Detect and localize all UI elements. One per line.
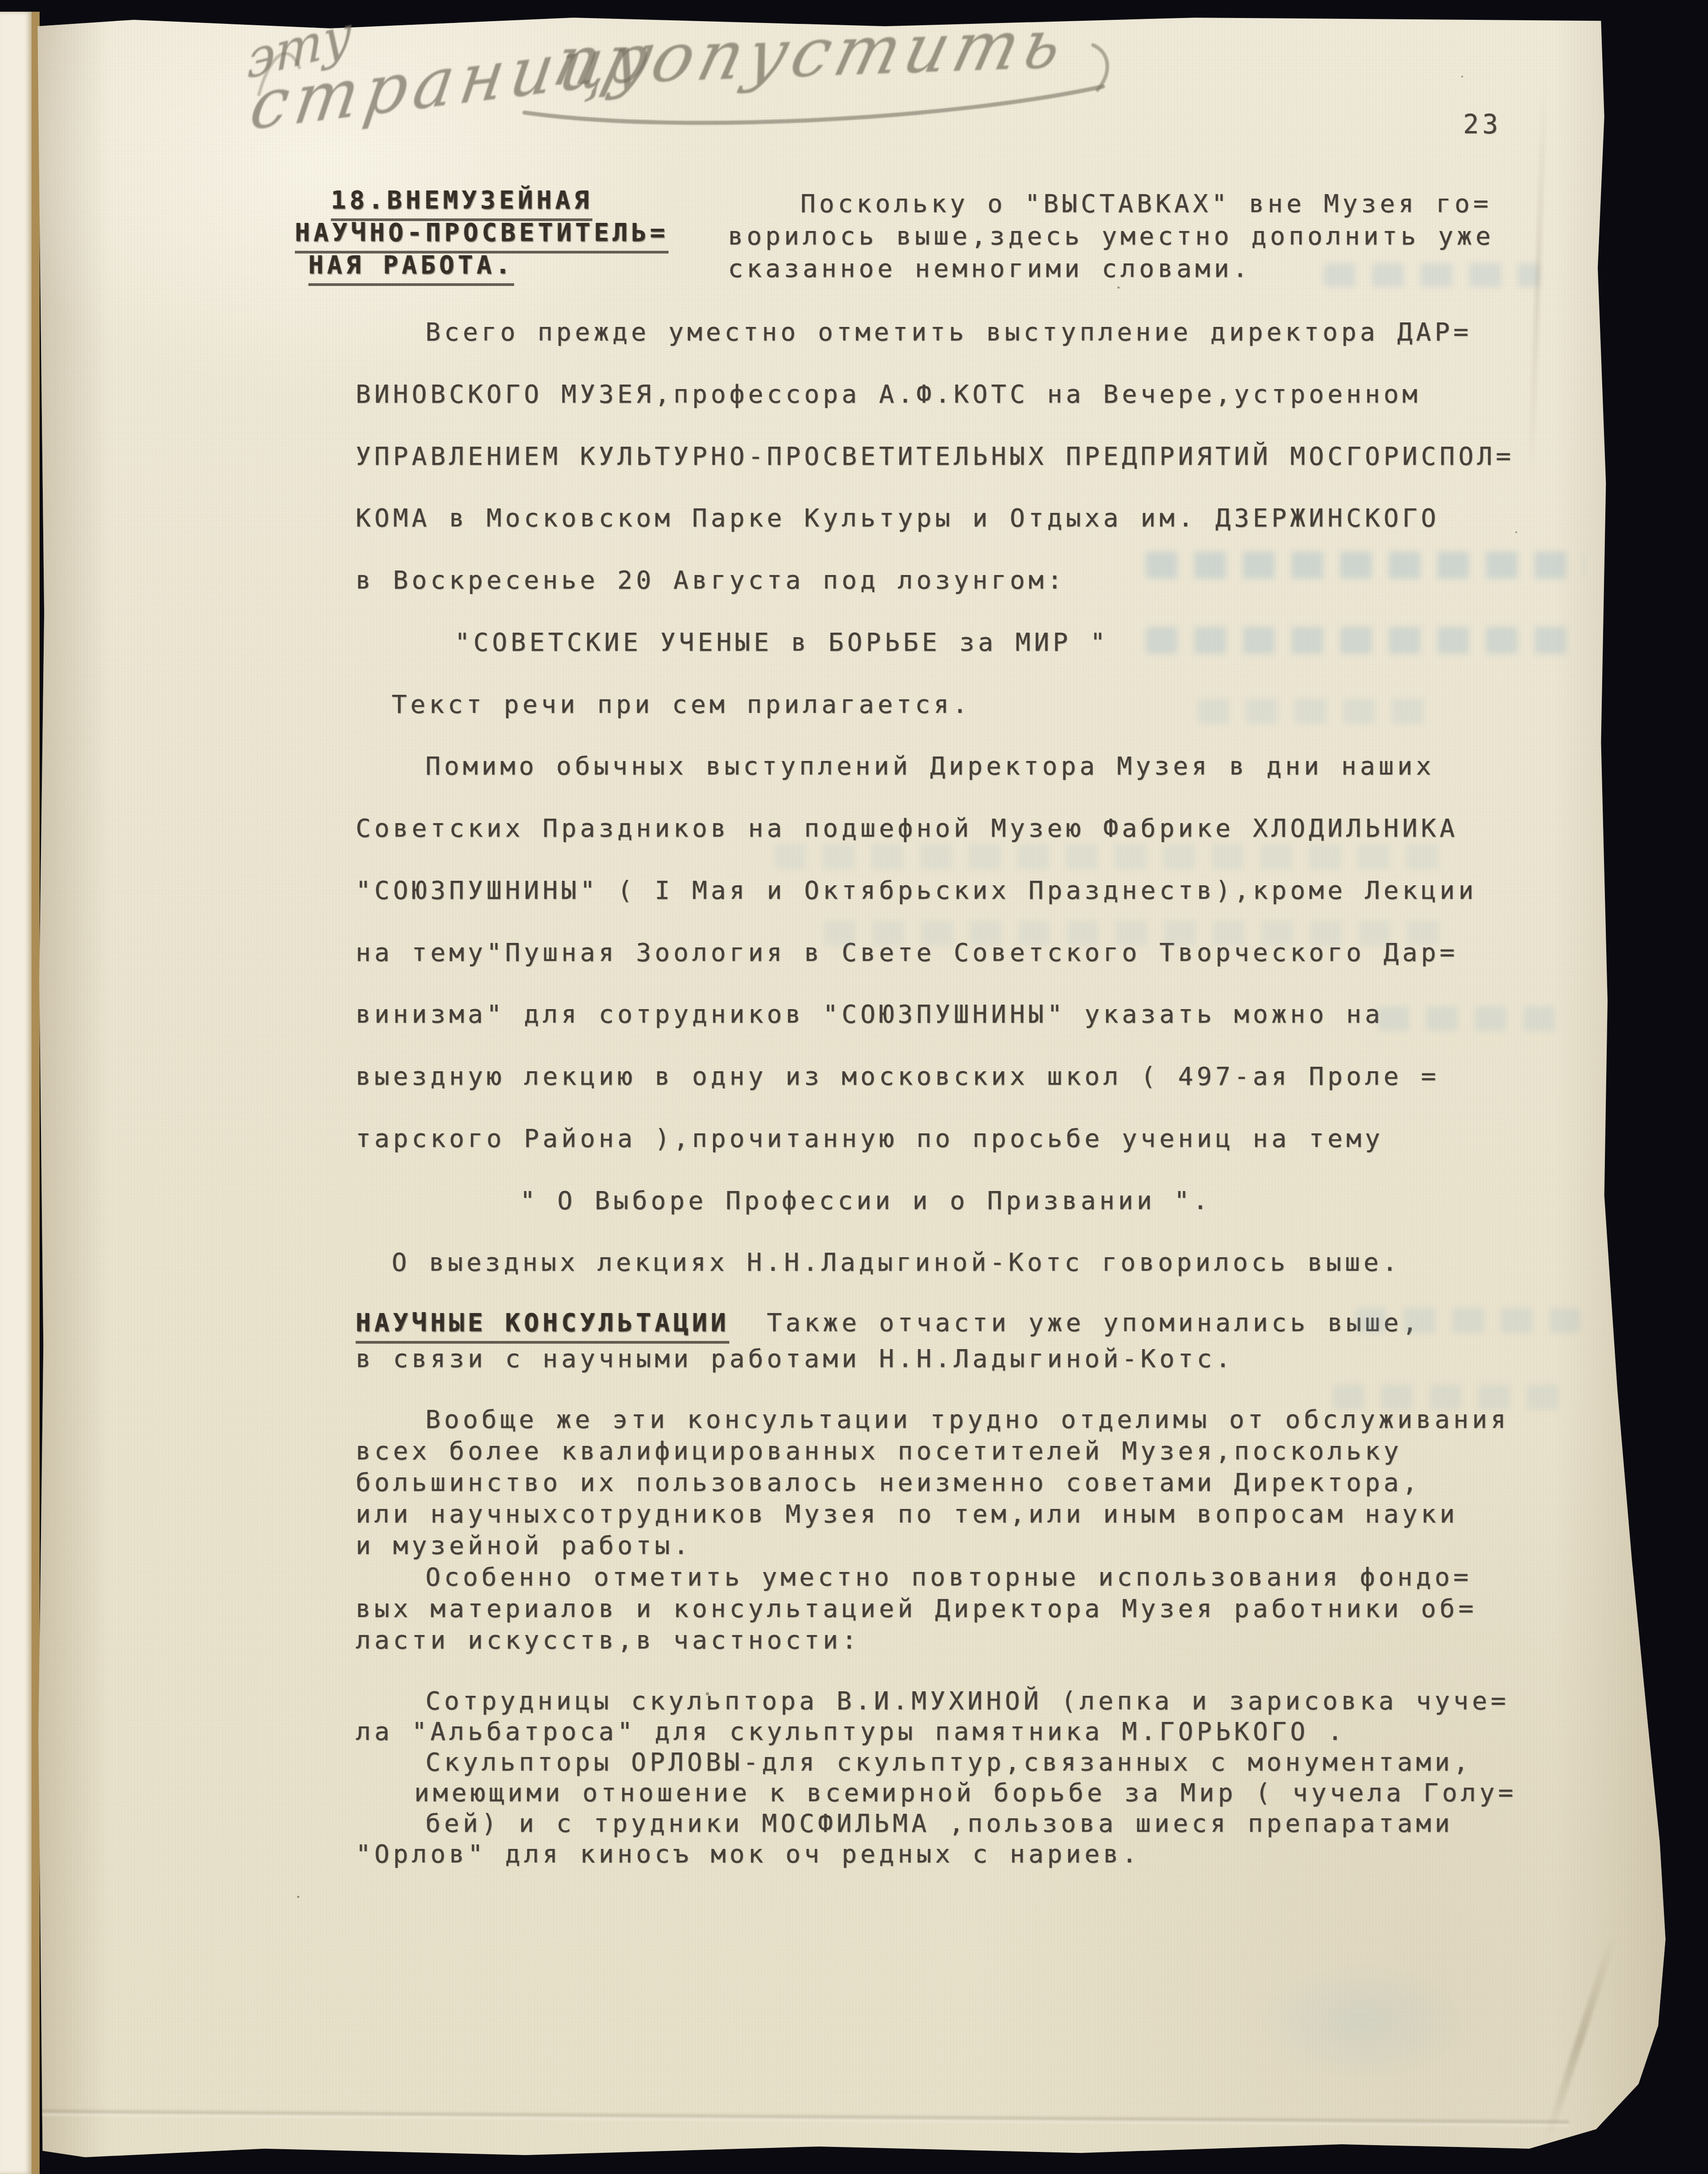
para3-line-5: бей) и с трудники МОСФИЛЬМА ,пользова ши…: [425, 1809, 1453, 1838]
ink-speck: [706, 1692, 709, 1695]
body-line-10: "СОЮЗПУШНИНЫ" ( I Мая и Октябрьских Праз…: [356, 876, 1477, 905]
para3-line-2: ла "Альбатроса" для скульптуры памятника…: [356, 1717, 1346, 1746]
ink-speck: [1117, 286, 1120, 289]
para2-line-3: большинство их пользовалось неизменно со…: [356, 1468, 1421, 1497]
body-line-13: выездную лекцию в одну из московских шко…: [356, 1062, 1440, 1091]
bleedthrough-mark: [824, 921, 1454, 946]
scan-background: { "page": { "number": "23", "annotation"…: [0, 0, 1708, 2174]
bleedthrough-stain: [1256, 1963, 1468, 2080]
heading-line-3: НАЯ РАБОТА.: [308, 250, 514, 286]
consult-line-2: в связи с научными работами Н.Н.Ладыгино…: [356, 1344, 1234, 1373]
body-line-4: КОМА в Московском Парке Культуры и Отдых…: [356, 503, 1440, 533]
bleedthrough-mark: [1378, 1006, 1567, 1031]
para2-line-7: вых материалов и консультацией Директора…: [356, 1594, 1477, 1623]
heading-line-1: 18.ВНЕМУЗЕЙНАЯ: [331, 186, 592, 221]
body-line-15: " О Выборе Профессии и о Призвании ".: [520, 1186, 1211, 1215]
diagonal-crease: [1542, 1936, 1617, 2144]
bleedthrough-mark: [1146, 552, 1585, 579]
consult-heading: НАУЧНЫЕ КОНСУЛЬТАЦИИ: [356, 1308, 729, 1344]
para2-line-2: всех более квалифицированных посетителей…: [356, 1436, 1402, 1466]
bleedthrough-mark: [1197, 699, 1441, 724]
para2-line-4: или научныхсотрудников Музея по тем,или …: [356, 1499, 1458, 1529]
para2-line-8: ласти искусств,в частности:: [356, 1626, 860, 1655]
body-line-12: винизма" для сотрудников "СОЮЗПУШНИНЫ" у…: [356, 1000, 1383, 1029]
body-line-8: Помимо обычных выступлений Директора Муз…: [425, 752, 1435, 781]
para2-line-5: и музейной работы.: [356, 1531, 692, 1560]
intro-line-2: ворилось выше,здесь уместно дополнить уж…: [728, 222, 1494, 251]
body-line-7: Текст речи при сем прилагается.: [392, 690, 971, 719]
ink-speck: [1515, 531, 1517, 533]
body-line-9: Советских Праздников на подшефной Музею …: [356, 814, 1458, 843]
body-line-1: Всего прежде уместно отметить выступлени…: [425, 317, 1472, 347]
bleedthrough-mark: [1324, 263, 1540, 287]
bleedthrough-mark: [1146, 627, 1573, 654]
intro-line-3: сказанное немногими словами.: [728, 254, 1251, 283]
body-line-5: в Воскресенье 20 Августа под лозунгом:: [356, 566, 1066, 595]
para3-line-1: Сотрудницы скульптора В.И.МУХИНОЙ (лепка…: [425, 1686, 1509, 1716]
bleedthrough-mark: [1355, 1308, 1580, 1333]
consult-heading-rest: Также отчасти уже упоминались выше,: [729, 1308, 1421, 1337]
intro-line-1: Поскольку о "ВЫСТАВКАХ" вне Музея го=: [800, 189, 1492, 218]
bleedthrough-mark: [1333, 1385, 1567, 1409]
crease-line: [38, 2109, 1569, 2127]
body-line-16: О выездных лекциях Н.Н.Ладыгиной-Котс го…: [392, 1248, 1401, 1277]
underlying-page-edge: [0, 12, 40, 2174]
consult-heading-line: НАУЧНЫЕ КОНСУЛЬТАЦИИ Также отчасти уже у…: [356, 1308, 1421, 1337]
para3-line-6: "Орлов" для киносъ мок оч редных с нарие…: [356, 1839, 1141, 1869]
body-line-3: УПРАВЛЕНИЕМ КУЛЬТУРНО-ПРОСВЕТИТЕЛЬНЫХ ПР…: [356, 442, 1514, 471]
para3-line-4: имеющими отношение к всемирной борьбе за…: [414, 1778, 1517, 1807]
para2-line-6: Особенно отметить уместно повторные испо…: [425, 1563, 1472, 1592]
heading-line-2: НАУЧНО-ПРОСВЕТИТЕЛЬ=: [295, 218, 669, 254]
body-line-2: ВИНОВСКОГО МУЗЕЯ,профессора А.Ф.КОТС на …: [356, 380, 1421, 409]
body-line-6: "СОВЕТСКИЕ УЧЕНЫЕ в БОРЬБЕ за МИР ": [455, 628, 1109, 657]
bleedthrough-mark: [774, 844, 1450, 869]
para3-line-3: Скульпторы ОРЛОВЫ-для скульптур,связанны…: [425, 1748, 1472, 1777]
page-sheet: 23 18.ВНЕМУЗЕЙНАЯ НАУЧНО-ПРОСВЕТИТЕЛЬ= Н…: [36, 9, 1668, 2166]
ink-speck: [297, 1896, 299, 1898]
annotation-flourish: [0, 0, 1708, 189]
body-line-14: тарского Района ),прочитанную по просьбе…: [356, 1124, 1383, 1153]
